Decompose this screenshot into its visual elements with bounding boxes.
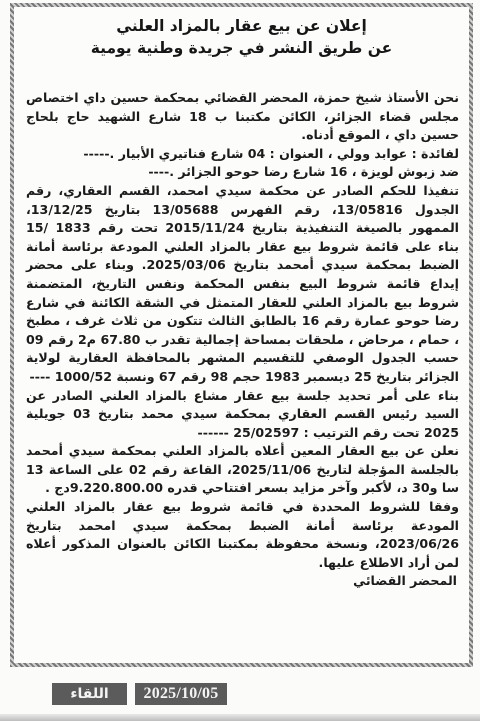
paragraph-conditions: وفقا للشروط المحددة في قائمة شروط بيع عق… xyxy=(26,498,459,572)
paragraph-defendant: ضد زبوش لويزة ، 16 شارع رضا حوحو الجزائر… xyxy=(26,163,459,182)
paragraph-bailiff-intro: نحن الأستاذ شيخ حمزة، المحضر القضائي بمح… xyxy=(26,89,459,145)
paragraph-auction-announcement: نعلن عن بيع العقار المعين أعلاه بالمزاد … xyxy=(26,442,459,498)
newspaper-name-tag: اللقاء xyxy=(52,683,127,705)
paragraph-judgment-property: تنفيذا للحكم الصادر عن محكمة سيدي امحمد،… xyxy=(26,182,459,387)
paragraph-session-order: بناء على أمر تحديد جلسة بيع عقار مشاع با… xyxy=(26,387,459,443)
notice-body: نحن الأستاذ شيخ حمزة، المحضر القضائي بمح… xyxy=(14,89,469,572)
publication-date-tag: 2025/10/05 xyxy=(135,683,227,705)
notice-subtitle: عن طريق النشر في جريدة وطنية يومية xyxy=(14,37,469,59)
notice-header: إعلان عن بيع عقار بالمزاد العلني عن طريق… xyxy=(14,15,469,59)
notice-frame: إعلان عن بيع عقار بالمزاد العلني عن طريق… xyxy=(10,3,473,667)
signature: المحضر القضائي xyxy=(14,572,469,591)
publication-footer: اللقاء 2025/10/05 xyxy=(52,683,227,705)
page-bottom-edge xyxy=(0,714,480,721)
notice-title: إعلان عن بيع عقار بالمزاد العلني xyxy=(14,15,469,37)
paragraph-beneficiary: لفائدة : عوابد وولي ، العنوان : 04 شارع … xyxy=(26,145,459,164)
